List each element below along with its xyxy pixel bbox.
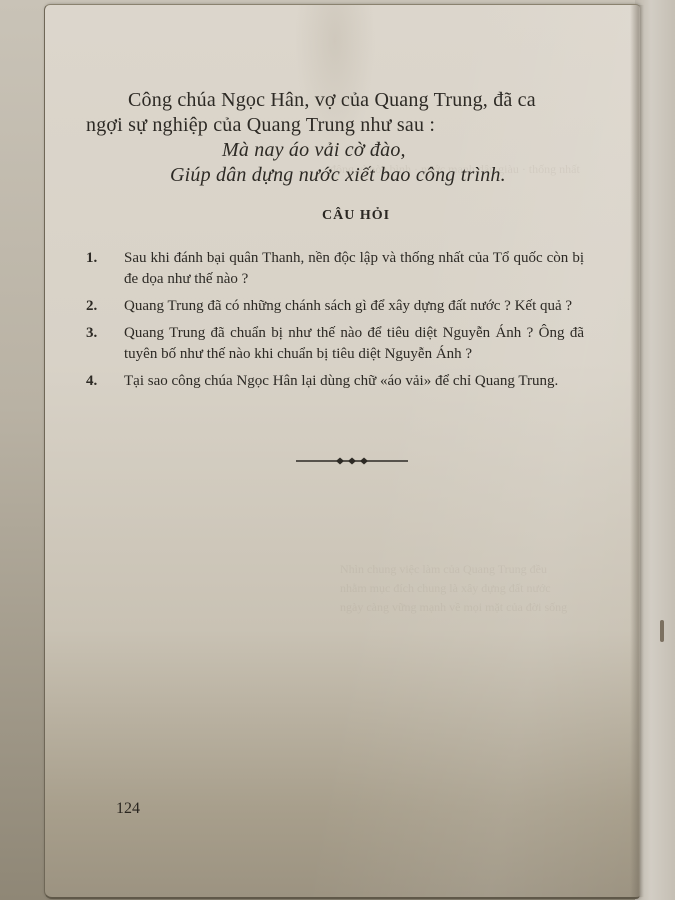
- verse-line-2: Giúp dân dựng nước xiết bao công trình.: [86, 163, 576, 188]
- question-text: Sau khi đánh bại quân Thanh, nền độc lập…: [124, 248, 584, 290]
- page-edge-stain: [660, 620, 664, 642]
- ornament-divider-icon: [296, 454, 408, 468]
- question-number: 1.: [86, 248, 97, 269]
- page-binding-shadow: [630, 5, 644, 897]
- question-item: 4. Tại sao công chúa Ngọc Hân lại dùng c…: [86, 371, 584, 392]
- question-text: Quang Trung đã có những chánh sách gì để…: [124, 296, 584, 317]
- question-text: Quang Trung đã chuẩn bị như thế nào để t…: [124, 323, 584, 365]
- question-item: 3. Quang Trung đã chuẩn bị như thế nào đ…: [86, 323, 584, 365]
- question-number: 4.: [86, 371, 97, 392]
- question-item: 1. Sau khi đánh bại quân Thanh, nền độc …: [86, 248, 584, 290]
- intro-paragraph: Công chúa Ngọc Hân, vợ của Quang Trung, …: [86, 88, 576, 138]
- verse-line-1: Mà nay áo vải cờ đào,: [86, 138, 576, 163]
- questions-list: 1. Sau khi đánh bại quân Thanh, nền độc …: [86, 248, 584, 398]
- intro-section: Công chúa Ngọc Hân, vợ của Quang Trung, …: [86, 88, 576, 188]
- questions-heading: CÂU HỎI: [322, 208, 390, 224]
- question-number: 3.: [86, 323, 97, 344]
- question-number: 2.: [86, 296, 97, 317]
- page-number: 124: [116, 800, 140, 818]
- question-text: Tại sao công chúa Ngọc Hân lại dùng chữ …: [124, 371, 584, 392]
- question-item: 2. Quang Trung đã có những chánh sách gì…: [86, 296, 584, 317]
